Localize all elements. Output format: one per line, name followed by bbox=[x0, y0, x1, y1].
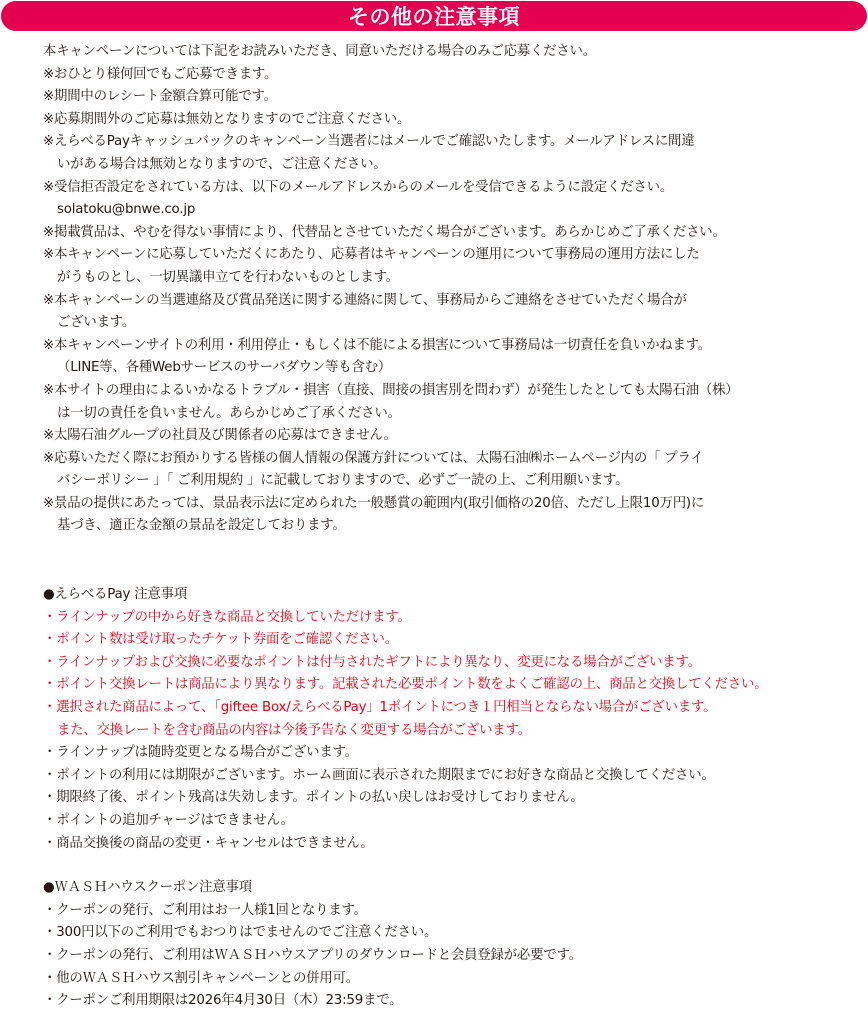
note-line-continued: （LINE等、各種Webサービスのサーバダウン等も含む） bbox=[43, 357, 843, 380]
notes-content: 本キャンペーンについては下記をお読みいただき、同意いただける場合のみご応募くださ… bbox=[43, 41, 843, 1012]
note-item: ※太陽石油グループの社員及び関係者の応募はできません。 bbox=[43, 425, 843, 448]
note-line: ※本キャンペーンの当選連絡及び賞品発送に関する連絡に関して、事務局からご連絡をさ… bbox=[43, 290, 843, 313]
note-item: ※本キャンペーンサイトの利用・利用停止・もしくは不能による損害について事務局は一… bbox=[43, 335, 843, 380]
list-item: ・商品交換後の商品の変更・キャンセルはできません。 bbox=[43, 833, 843, 856]
erabel-pay-section: ●えらべるPay 注意事項 ・ラインナップの中から好きな商品と交換していただけま… bbox=[43, 584, 843, 855]
note-line: ※おひとり様何回でもご応募できます。 bbox=[43, 64, 843, 87]
important-item: ・選択された商品によって、「giftee Box/えらべるPay」1ポイントにつ… bbox=[43, 697, 843, 720]
note-line-continued: バシーポリシー 」「 ご利用規約 」に記載しておりますので、必ずご一読の上、ご利… bbox=[43, 470, 843, 493]
list-item: ・クーポンご利用期限は2026年4月30日（木）23:59まで。 bbox=[43, 990, 843, 1012]
important-item: ・ラインナップの中から好きな商品と交換していただけます。 bbox=[43, 607, 843, 630]
important-item: ・ポイント数は受け取ったチケット券面をご確認ください。 bbox=[43, 629, 843, 652]
erabel-pay-heading: ●えらべるPay 注意事項 bbox=[43, 584, 843, 607]
note-item: ※本キャンペーンに応募していただくにあたり、応募者はキャンペーンの運用について事… bbox=[43, 244, 843, 289]
note-item: ※本サイトの理由によるいかなるトラブル・損害（直接、間接の損害別を問わず）が発生… bbox=[43, 380, 843, 425]
section-title-banner: その他の注意事項 bbox=[1, 1, 867, 31]
note-line: ※えらべるPayキャッシュバックのキャンペーン当選者にはメールでご確認いたします… bbox=[43, 131, 843, 154]
note-line-continued: がうものとし、一切異議申立てを行わないものとします。 bbox=[43, 267, 843, 290]
general-notes-list: ※おひとり様何回でもご応募できます。 ※期間中のレシート金額合算可能です。 ※応… bbox=[43, 64, 843, 538]
email-address: solatoku@bnwe.co.jp bbox=[43, 199, 843, 222]
note-line: ※太陽石油グループの社員及び関係者の応募はできません。 bbox=[43, 425, 843, 448]
note-line: ※応募期間外のご応募は無効となりますのでご注意ください。 bbox=[43, 109, 843, 132]
note-item: ※本キャンペーンの当選連絡及び賞品発送に関する連絡に関して、事務局からご連絡をさ… bbox=[43, 290, 843, 335]
list-item: ・300円以下のご利用でもおつりはでませんのでご注意ください。 bbox=[43, 922, 843, 945]
list-item: ・ポイントの追加チャージはできません。 bbox=[43, 810, 843, 833]
note-item: ※おひとり様何回でもご応募できます。 bbox=[43, 64, 843, 87]
important-item: ・ポイント交換レートは商品により異なります。記載された必要ポイント数をよくご確認… bbox=[43, 674, 843, 697]
note-line: ※本キャンペーンに応募していただくにあたり、応募者はキャンペーンの運用について事… bbox=[43, 244, 843, 267]
note-item: ※えらべるPayキャッシュバックのキャンペーン当選者にはメールでご確認いたします… bbox=[43, 131, 843, 176]
erabel-pay-important-list: ・ラインナップの中から好きな商品と交換していただけます。 ・ポイント数は受け取っ… bbox=[43, 607, 843, 743]
note-line-continued: 基づき、適正な金額の景品を設定しております。 bbox=[43, 515, 843, 538]
spacer bbox=[43, 855, 843, 877]
list-item: ・ポイントの利用には期限がございます。ホーム画面に表示された期限までにお好きな商… bbox=[43, 765, 843, 788]
list-item: ・クーポンの発行、ご利用はお一人様1回となります。 bbox=[43, 900, 843, 923]
list-item: ・クーポンの発行、ご利用はＷＡＳＨハウスアプリのダウンロードと会員登録が必要です… bbox=[43, 945, 843, 968]
note-line: ※本キャンペーンサイトの利用・利用停止・もしくは不能による損害について事務局は一… bbox=[43, 335, 843, 358]
note-line: ※掲載賞品は、やむを得ない事情により、代替品とさせていただく場合がございます。あ… bbox=[43, 222, 843, 245]
list-item: ・ラインナップは随時変更となる場合がございます。 bbox=[43, 742, 843, 765]
note-line: ※期間中のレシート金額合算可能です。 bbox=[43, 86, 843, 109]
intro-text: 本キャンペーンについては下記をお読みいただき、同意いただける場合のみご応募くださ… bbox=[43, 41, 843, 64]
note-line: ※景品の提供にあたっては、景品表示法に定められた一般懸賞の範囲内(取引価格の20… bbox=[43, 493, 843, 516]
note-line: ※受信拒否設定をされている方は、以下のメールアドレスからのメールを受信できるよう… bbox=[43, 177, 843, 200]
section-title: その他の注意事項 bbox=[348, 1, 520, 31]
list-item: ・他のＷＡＳＨハウス割引キャンペーンとの併用可。 bbox=[43, 968, 843, 991]
note-line-continued: は一切の責任を負いません。あらかじめご了承ください。 bbox=[43, 403, 843, 426]
erabel-pay-list: ・ラインナップは随時変更となる場合がございます。 ・ポイントの利用には期限がござ… bbox=[43, 742, 843, 855]
note-item: ※景品の提供にあたっては、景品表示法に定められた一般懸賞の範囲内(取引価格の20… bbox=[43, 493, 843, 538]
note-item: ※受信拒否設定をされている方は、以下のメールアドレスからのメールを受信できるよう… bbox=[43, 177, 843, 222]
note-item: ※応募いただく際にお預かりする皆様の個人情報の保護方針については、太陽石油㈱ホー… bbox=[43, 448, 843, 493]
important-item-continued: また、交換レートを含む商品の内容は今後予告なく変更する場合がございます。 bbox=[43, 720, 843, 743]
note-item: ※応募期間外のご応募は無効となりますのでご注意ください。 bbox=[43, 109, 843, 132]
note-item: ※期間中のレシート金額合算可能です。 bbox=[43, 86, 843, 109]
wash-house-section: ●ＷＡＳＨハウスクーポン注意事項 ・クーポンの発行、ご利用はお一人様1回となりま… bbox=[43, 877, 843, 1012]
list-item: ・期限終了後、ポイント残高は失効します。ポイントの払い戻しはお受けしておりません… bbox=[43, 787, 843, 810]
note-item: ※掲載賞品は、やむを得ない事情により、代替品とさせていただく場合がございます。あ… bbox=[43, 222, 843, 245]
note-line: ※本サイトの理由によるいかなるトラブル・損害（直接、間接の損害別を問わず）が発生… bbox=[43, 380, 843, 403]
note-line: ※応募いただく際にお預かりする皆様の個人情報の保護方針については、太陽石油㈱ホー… bbox=[43, 448, 843, 471]
spacer bbox=[43, 538, 843, 584]
wash-house-heading: ●ＷＡＳＨハウスクーポン注意事項 bbox=[43, 877, 843, 900]
note-line-continued: いがある場合は無効となりますので、ご注意ください。 bbox=[43, 154, 843, 177]
important-item: ・ラインナップおよび交換に必要なポイントは付与されたギフトにより異なり、変更にな… bbox=[43, 652, 843, 675]
note-line-continued: ございます。 bbox=[43, 312, 843, 335]
